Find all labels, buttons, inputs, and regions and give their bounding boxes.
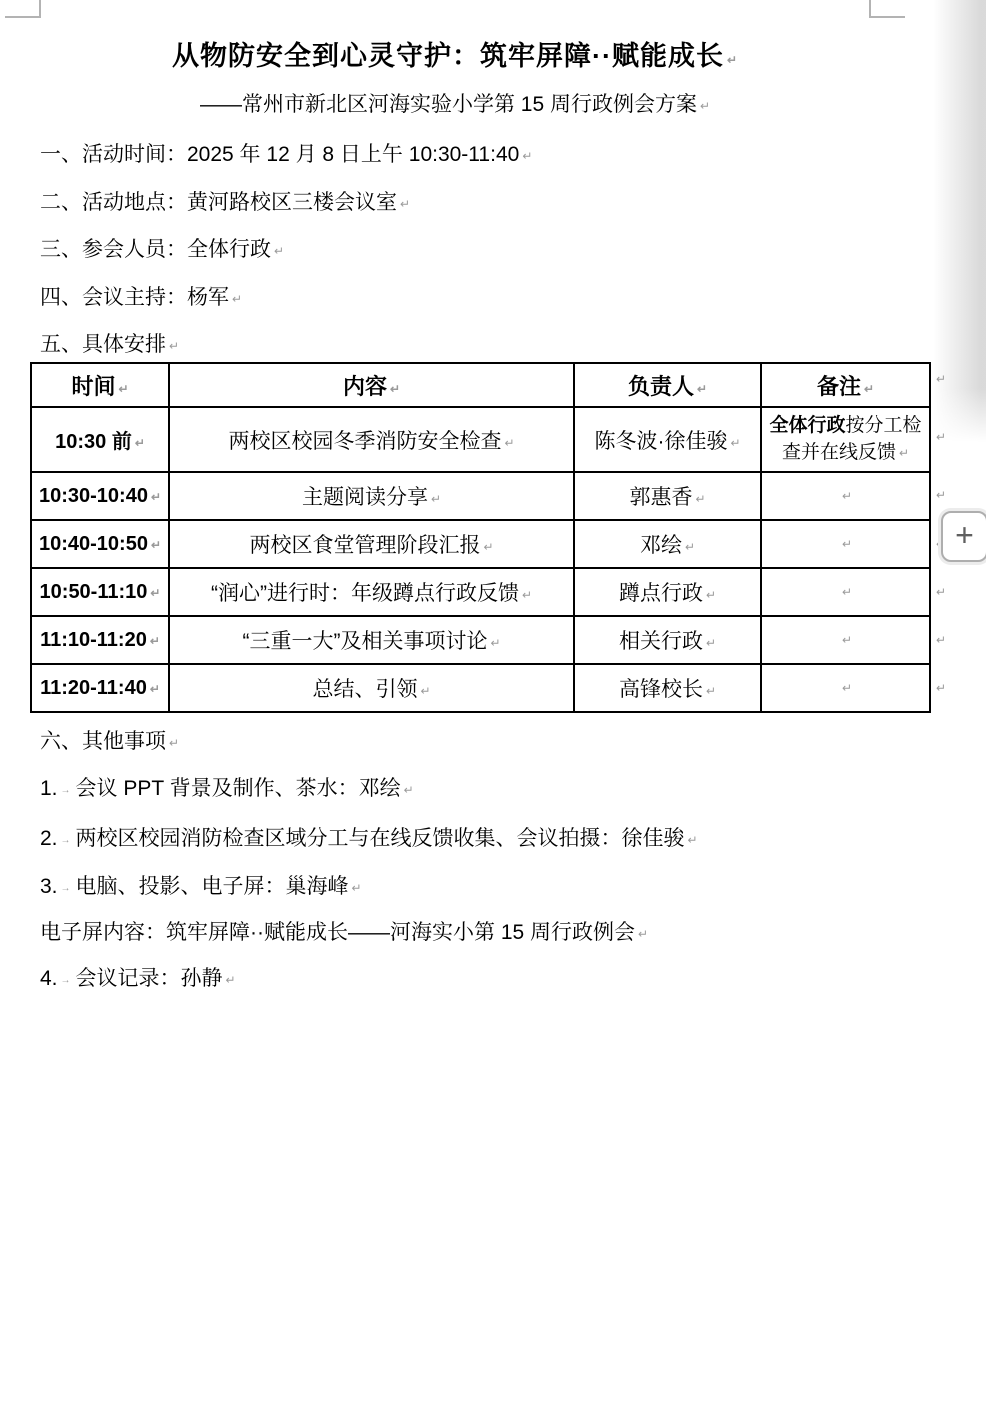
table-row: 10:50-11:10↵ “润心”进行时：年级蹲点行政反馈↵ 蹲点行政↵ ↵ xyxy=(31,568,930,616)
table-row: 10:30 前↵ 两校区校园冬季消防安全检查↵ 陈冬波·徐佳骏↵ 全体行政按分工… xyxy=(31,407,930,472)
row-end-mark: ↵ xyxy=(936,681,946,695)
paragraph-mark: ↵ xyxy=(151,538,161,552)
col-header-owner: 负责人↵ xyxy=(574,363,761,407)
other-item-3-text: 电脑、投影、电子屏：巢海峰 xyxy=(76,875,349,898)
table-row: 10:30-10:40↵ 主题阅读分享↵ 郭惠香↵ ↵ xyxy=(31,472,930,520)
paragraph-mark: ↵ xyxy=(274,244,284,258)
cell-owner: 蹲点行政↵ xyxy=(574,568,761,616)
cell-owner-text: 高锋校长 xyxy=(619,678,703,701)
cell-content: 两校区食堂管理阶段汇报↵ xyxy=(169,520,574,568)
row-end-mark: ↵ xyxy=(936,430,946,444)
paragraph-mark: ↵ xyxy=(706,636,716,650)
screen-content-line: 电子屏内容：筑牢屏障··赋能成长——河海实小第 15 周行政例会↵ xyxy=(40,916,648,946)
paragraph-mark: ↵ xyxy=(150,682,160,696)
paragraph-mark: ↵ xyxy=(864,382,874,396)
item-number: 4. xyxy=(40,967,58,990)
cell-time: 10:50-11:10↵ xyxy=(31,568,169,616)
table-row: 11:20-11:40↵ 总结、引领↵ 高锋校长↵ ↵ xyxy=(31,664,930,712)
page-subtitle: ——常州市新北区河海实验小学第 15 周行政例会方案↵ xyxy=(40,88,870,118)
paragraph-mark: ↵ xyxy=(727,53,738,67)
paragraph-mark: ↵ xyxy=(695,492,705,506)
other-item-4-text: 会议记录：孙静 xyxy=(76,967,223,990)
margin-mark-top-left-v xyxy=(39,0,41,17)
cell-remark: 全体行政按分工检查并在线反馈↵ xyxy=(761,407,930,472)
page-subtitle-text: ——常州市新北区河海实验小学第 15 周行政例会方案 xyxy=(200,93,697,116)
paragraph-mark: ↵ xyxy=(226,973,236,987)
table-header-row: 时间↵ 内容↵ 负责人↵ 备注↵ xyxy=(31,363,930,407)
margin-mark-top-right-v xyxy=(869,0,871,17)
other-item-1-text: 会议 PPT 背景及制作、茶水：邓绘 xyxy=(76,777,401,800)
add-button[interactable]: + xyxy=(941,511,986,562)
meta-line-arrangement: 五、具体安排↵ xyxy=(40,328,179,358)
cell-remark: ↵ xyxy=(761,520,930,568)
cell-owner: 高锋校长↵ xyxy=(574,664,761,712)
meta-line-host-text: 四、会议主持：杨军 xyxy=(40,286,229,309)
paragraph-mark: ↵ xyxy=(169,339,179,353)
col-header-content-text: 内容 xyxy=(343,374,387,399)
cell-time-text: 10:40-10:50 xyxy=(39,533,148,555)
paragraph-mark: ↵ xyxy=(638,927,648,941)
paragraph-mark: ↵ xyxy=(842,489,852,503)
cell-content-text: 主题阅读分享 xyxy=(302,486,428,509)
tab-mark: → xyxy=(61,883,71,894)
cell-remark-bold-text: 全体行政 xyxy=(769,415,845,436)
paragraph-mark: ↵ xyxy=(420,684,430,698)
paragraph-mark: ↵ xyxy=(842,681,852,695)
paragraph-mark: ↵ xyxy=(431,492,441,506)
cell-owner-text: 邓绘 xyxy=(640,534,682,557)
paragraph-mark: ↵ xyxy=(135,436,145,450)
tab-mark: → xyxy=(61,975,71,986)
cell-time: 11:20-11:40↵ xyxy=(31,664,169,712)
row-end-mark: ↵ xyxy=(936,372,946,386)
other-item-2: 2.→两校区校园消防检查区域分工与在线反馈收集、会议拍摄：徐佳骏↵ xyxy=(40,822,698,852)
schedule-table: 时间↵ 内容↵ 负责人↵ 备注↵ 10:30 前↵ 两校区校园冬季消防安全检查↵… xyxy=(30,362,931,713)
other-item-4: 4.→会议记录：孙静↵ xyxy=(40,962,236,992)
cell-owner-text: 陈冬波·徐佳骏 xyxy=(594,430,727,453)
margin-mark-top-right-h xyxy=(869,16,905,18)
paragraph-mark: ↵ xyxy=(522,149,532,163)
document-page: 从物防安全到心灵守护：筑牢屏障··赋能成长↵ ——常州市新北区河海实验小学第 1… xyxy=(0,0,986,1406)
item-number: 1. xyxy=(40,777,58,800)
cell-remark: ↵ xyxy=(761,568,930,616)
row-end-mark: ↵ xyxy=(936,585,946,599)
meta-line-location: 二、活动地点：黄河路校区三楼会议室↵ xyxy=(40,186,410,216)
col-header-time-text: 时间 xyxy=(71,374,115,399)
margin-mark-top-left-h xyxy=(5,16,41,18)
cell-owner: 郭惠香↵ xyxy=(574,472,761,520)
cell-remark: ↵ xyxy=(761,664,930,712)
other-item-1: 1.→会议 PPT 背景及制作、茶水：邓绘↵ xyxy=(40,772,414,802)
paragraph-mark: ↵ xyxy=(504,436,514,450)
meta-line-arrangement-text: 五、具体安排 xyxy=(40,333,166,356)
meta-line-host: 四、会议主持：杨军↵ xyxy=(40,281,242,311)
other-item-3: 3.→电脑、投影、电子屏：巢海峰↵ xyxy=(40,870,362,900)
paragraph-mark: ↵ xyxy=(700,99,710,113)
cell-time: 10:40-10:50↵ xyxy=(31,520,169,568)
cell-time-text: 11:20-11:40 xyxy=(40,677,147,699)
paragraph-mark: ↵ xyxy=(169,736,179,750)
other-heading-text: 六、其他事项 xyxy=(40,730,166,753)
col-header-owner-text: 负责人 xyxy=(628,374,694,399)
paragraph-mark: ↵ xyxy=(150,586,160,600)
cell-owner-text: 郭惠香 xyxy=(629,486,692,509)
item-number: 3. xyxy=(40,875,58,898)
paragraph-mark: ↵ xyxy=(706,588,716,602)
cell-content-text: 总结、引领 xyxy=(312,678,417,701)
paragraph-mark: ↵ xyxy=(483,540,493,554)
paragraph-mark: ↵ xyxy=(400,197,410,211)
cell-content-text: “三重一大”及相关事项讨论 xyxy=(242,630,487,653)
cell-time-text: 10:30-10:40 xyxy=(39,485,148,507)
other-heading: 六、其他事项↵ xyxy=(40,725,179,755)
meta-line-time: 一、活动时间：2025 年 12 月 8 日上午 10:30-11:40↵ xyxy=(40,138,532,168)
cell-owner: 相关行政↵ xyxy=(574,616,761,664)
table-row: 10:40-10:50↵ 两校区食堂管理阶段汇报↵ 邓绘↵ ↵ xyxy=(31,520,930,568)
paragraph-mark: ↵ xyxy=(390,382,400,396)
paragraph-mark: ↵ xyxy=(688,833,698,847)
cell-owner: 邓绘↵ xyxy=(574,520,761,568)
paragraph-mark: ↵ xyxy=(899,446,909,460)
cell-time-text: 10:30 前 xyxy=(55,431,132,453)
cell-time-text: 11:10-11:20 xyxy=(40,629,147,651)
cell-owner-text: 蹲点行政 xyxy=(619,582,703,605)
screen-content-text: 电子屏内容：筑牢屏障··赋能成长——河海实小第 15 周行政例会 xyxy=(40,921,635,944)
cell-content-text: “润心”进行时：年级蹲点行政反馈 xyxy=(211,582,519,605)
cell-content: 总结、引领↵ xyxy=(169,664,574,712)
paragraph-mark: ↵ xyxy=(522,588,532,602)
page-title-text: 从物防安全到心灵守护：筑牢屏障··赋能成长 xyxy=(172,41,724,71)
tab-mark: → xyxy=(61,835,71,846)
cell-owner: 陈冬波·徐佳骏↵ xyxy=(574,407,761,472)
col-header-content: 内容↵ xyxy=(169,363,574,407)
paragraph-mark: ↵ xyxy=(232,292,242,306)
cell-content: 主题阅读分享↵ xyxy=(169,472,574,520)
cell-content-text: 两校区校园冬季消防安全检查 xyxy=(228,430,501,453)
cell-time: 11:10-11:20↵ xyxy=(31,616,169,664)
table-row: 11:10-11:20↵ “三重一大”及相关事项讨论↵ 相关行政↵ ↵ xyxy=(31,616,930,664)
meta-line-attendees-text: 三、参会人员：全体行政 xyxy=(40,238,271,261)
paragraph-mark: ↵ xyxy=(404,783,414,797)
cell-time-text: 10:50-11:10 xyxy=(40,581,148,603)
page-title: 从物防安全到心灵守护：筑牢屏障··赋能成长↵ xyxy=(40,34,870,73)
paragraph-mark: ↵ xyxy=(706,684,716,698)
cell-content-text: 两校区食堂管理阶段汇报 xyxy=(249,534,480,557)
plus-icon: + xyxy=(955,519,974,551)
paragraph-mark: ↵ xyxy=(842,537,852,551)
col-header-time: 时间↵ xyxy=(31,363,169,407)
paragraph-mark: ↵ xyxy=(842,633,852,647)
tab-mark: → xyxy=(61,785,71,796)
paragraph-mark: ↵ xyxy=(697,382,707,396)
row-end-mark: ↵ xyxy=(936,633,946,647)
cell-content: “三重一大”及相关事项讨论↵ xyxy=(169,616,574,664)
col-header-remark: 备注↵ xyxy=(761,363,930,407)
cell-owner-text: 相关行政 xyxy=(619,630,703,653)
cell-content: “润心”进行时：年级蹲点行政反馈↵ xyxy=(169,568,574,616)
paragraph-mark: ↵ xyxy=(490,636,500,650)
meta-line-time-text: 一、活动时间：2025 年 12 月 8 日上午 10:30-11:40 xyxy=(40,143,519,166)
paragraph-mark: ↵ xyxy=(150,634,160,648)
paragraph-mark: ↵ xyxy=(352,881,362,895)
cell-time: 10:30-10:40↵ xyxy=(31,472,169,520)
paragraph-mark: ↵ xyxy=(685,540,695,554)
col-header-remark-text: 备注 xyxy=(817,374,861,399)
row-end-mark: ↵ xyxy=(936,488,946,502)
cell-remark: ↵ xyxy=(761,616,930,664)
item-number: 2. xyxy=(40,827,58,850)
paragraph-mark: ↵ xyxy=(118,382,128,396)
cell-content: 两校区校园冬季消防安全检查↵ xyxy=(169,407,574,472)
cell-remark: ↵ xyxy=(761,472,930,520)
cell-time: 10:30 前↵ xyxy=(31,407,169,472)
meta-line-attendees: 三、参会人员：全体行政↵ xyxy=(40,233,284,263)
other-item-2-text: 两校区校园消防检查区域分工与在线反馈收集、会议拍摄：徐佳骏 xyxy=(76,827,685,850)
paragraph-mark: ↵ xyxy=(730,436,740,450)
paragraph-mark: ↵ xyxy=(842,585,852,599)
paragraph-mark: ↵ xyxy=(151,490,161,504)
meta-line-location-text: 二、活动地点：黄河路校区三楼会议室 xyxy=(40,191,397,214)
